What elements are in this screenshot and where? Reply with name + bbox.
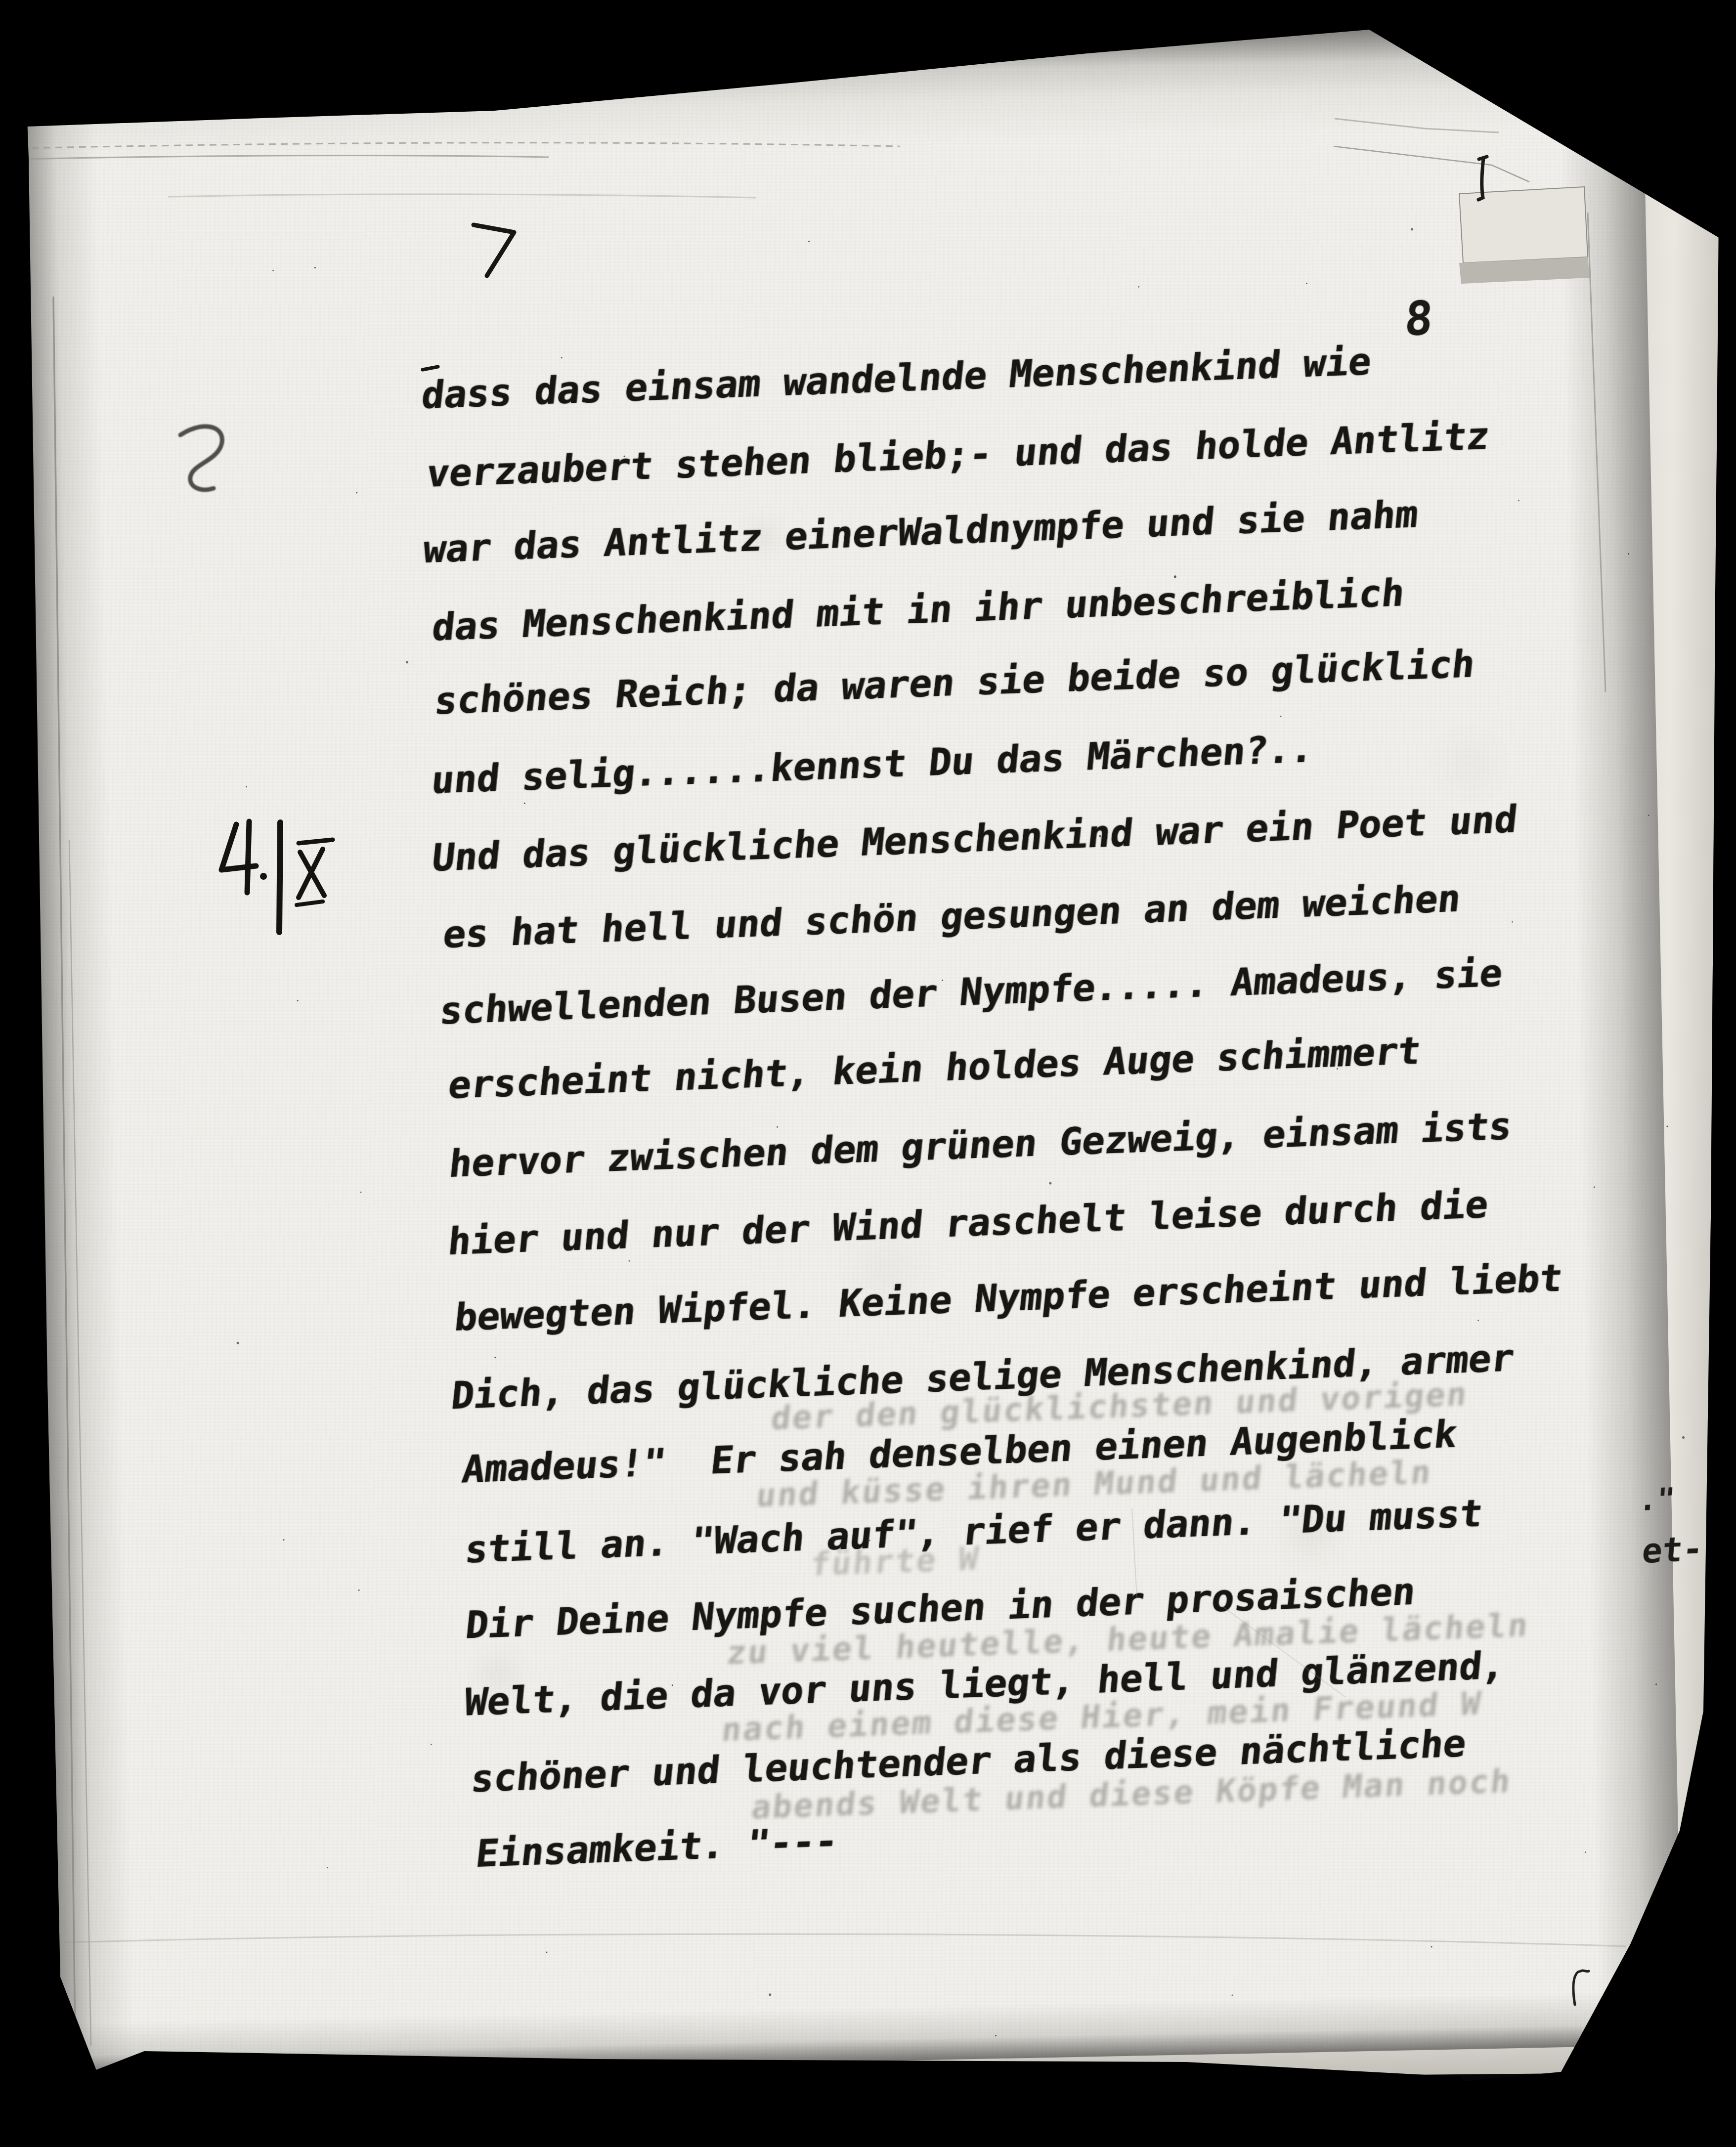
typescript-block: dass das einsam wandelnde Menschenkind w… — [415, 317, 1577, 1894]
edge-fragment-hyphen: et- — [1641, 1530, 1704, 1572]
page-number: 8 — [1403, 292, 1434, 347]
paper-blotches — [21, 51, 22, 52]
scanned-typescript-page: der den glücklichsten und vorigenund küs… — [0, 0, 1736, 2147]
margin-annotation-text: 4.|X̄ — [0, 0, 0, 0]
edge-fragment-quote: ." — [1638, 1482, 1676, 1518]
